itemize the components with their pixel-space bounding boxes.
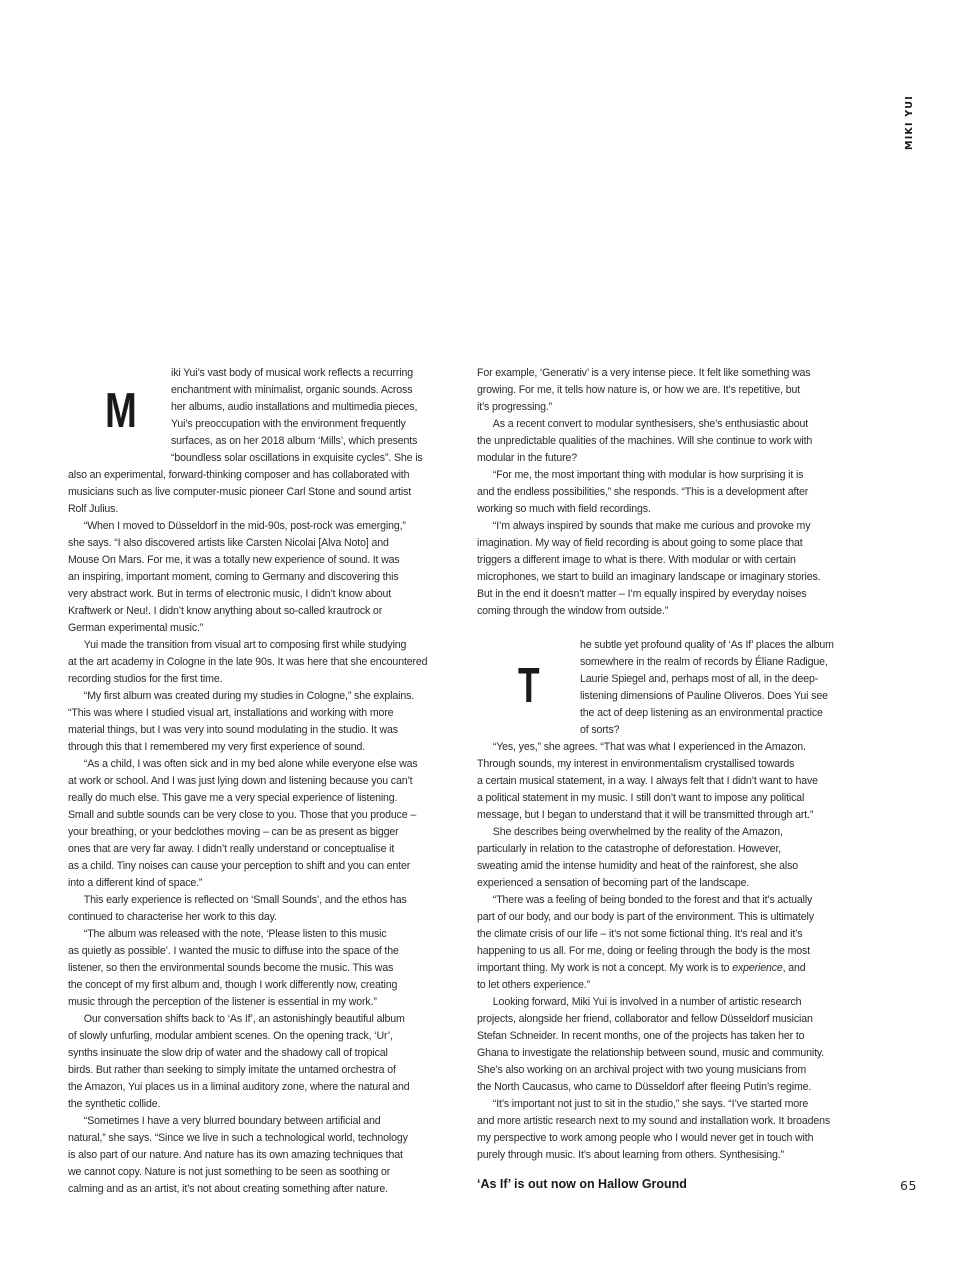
- drop-cap-letter: T: [518, 662, 539, 711]
- text-line: modular in the future?: [477, 450, 842, 467]
- text-line: somewhere in the realm of records by Éli…: [580, 654, 849, 671]
- text-line: listener, so then the environmental soun…: [68, 960, 433, 977]
- text-run: the synthetic collide.: [68, 1098, 160, 1110]
- text-line: “For me, the most important thing with m…: [477, 467, 842, 484]
- text-run: also an experimental, forward-thinking c…: [68, 469, 409, 481]
- text-run: Stefan Schneider. In recent months, one …: [477, 1030, 804, 1042]
- text-run: and more artistic research next to my so…: [477, 1115, 830, 1127]
- text-run: purely through music. It’s about learnin…: [477, 1149, 784, 1161]
- body-text-top: For example, ‘Generativ’ is a very inten…: [477, 365, 869, 620]
- drop-cap-lines: iki Yui’s vast body of musical work refl…: [171, 365, 460, 467]
- text-line: iki Yui’s vast body of musical work refl…: [171, 365, 440, 382]
- text-line: the North Caucasus, who came to Düsseldo…: [477, 1079, 842, 1096]
- text-run: “When I moved to Düsseldorf in the mid-9…: [84, 520, 406, 532]
- text-line: “boundless solar oscillations in exquisi…: [171, 450, 440, 467]
- text-run: the concept of my first album and, thoug…: [68, 979, 397, 991]
- text-run: music through the perception of the list…: [68, 996, 377, 1008]
- text-run: For example, ‘Generativ’ is a very inten…: [477, 367, 810, 379]
- text-run: very abstract work. But in terms of elec…: [68, 588, 391, 600]
- text-run: ones that are very far away. I didn’t re…: [68, 843, 394, 855]
- text-run: we cannot copy. Nature is not just somet…: [68, 1166, 390, 1178]
- text-line: recording studios for the first time.: [68, 671, 433, 688]
- text-run: happening to us all. For me, doing or fe…: [477, 945, 810, 957]
- text-run: German experimental music.”: [68, 622, 203, 634]
- text-line: “It’s important not just to sit in the s…: [477, 1096, 842, 1113]
- running-head: MIKI YUI: [898, 92, 920, 152]
- text-line: imagination. My way of field recording i…: [477, 535, 842, 552]
- text-line: working so much with field recordings.: [477, 501, 842, 518]
- text-run: projects, alongside her friend, collabor…: [477, 1013, 813, 1025]
- text-line: triggers a different image to what is th…: [477, 552, 842, 569]
- text-line: synths insinuate the slow drip of water …: [68, 1045, 433, 1062]
- text-line: at the art academy in Cologne in the lat…: [68, 654, 433, 671]
- text-line: German experimental music.”: [68, 620, 433, 637]
- text-line: important thing. My work is not a concep…: [477, 960, 842, 977]
- text-line: Mouse On Mars. For me, it was a totally …: [68, 552, 433, 569]
- text-line: her albums, audio installations and mult…: [171, 399, 440, 416]
- text-run: “I’m always inspired by sounds that make…: [493, 520, 811, 532]
- text-line: the synthetic collide.: [68, 1096, 433, 1113]
- text-line: the unpredictable qualities of the machi…: [477, 433, 842, 450]
- text-line: “Sometimes I have a very blurred boundar…: [68, 1113, 433, 1130]
- text-line: music through the perception of the list…: [68, 994, 433, 1011]
- text-line: For example, ‘Generativ’ is a very inten…: [477, 365, 842, 382]
- text-run: She describes being overwhelmed by the r…: [493, 826, 783, 838]
- text-line: Small and subtle sounds can be very clos…: [68, 807, 433, 824]
- text-line: “I’m always inspired by sounds that make…: [477, 518, 842, 535]
- text-run: the North Caucasus, who came to Düsseldo…: [477, 1081, 811, 1093]
- text-run: This early experience is reflected on ‘S…: [84, 894, 407, 906]
- text-line: Yui made the transition from visual art …: [68, 637, 433, 654]
- text-line: particularly in relation to the catastro…: [477, 841, 842, 858]
- text-line: Stefan Schneider. In recent months, one …: [477, 1028, 842, 1045]
- text-line: through this that I remembered my very f…: [68, 739, 433, 756]
- text-line: Yui’s preoccupation with the environment…: [171, 416, 440, 433]
- text-run: sweating amid the intense humidity and h…: [477, 860, 798, 872]
- text-run: “There was a feeling of being bonded to …: [493, 894, 812, 906]
- text-line: a political statement in my music. I sti…: [477, 790, 842, 807]
- text-line: This early experience is reflected on ‘S…: [68, 892, 433, 909]
- release-credit: ‘As If’ is out now on Hallow Ground: [477, 1177, 687, 1191]
- text-run: as quietly as possible’. I wanted the mu…: [68, 945, 399, 957]
- drop-cap-lines: he subtle yet profound quality of ‘As If…: [580, 637, 869, 739]
- text-run: Mouse On Mars. For me, it was a totally …: [68, 554, 400, 566]
- text-run: a certain musical statement, in a way. I…: [477, 775, 818, 787]
- text-run: “As a child, I was often sick and in my …: [84, 758, 418, 770]
- text-run: listener, so then the environmental soun…: [68, 962, 393, 974]
- text-line: of slowly unfurling, modular ambient sce…: [68, 1028, 433, 1045]
- text-run: growing. For me, it tells how nature is,…: [477, 384, 800, 396]
- text-line: into a different kind of space.”: [68, 875, 433, 892]
- text-line: as quietly as possible’. I wanted the mu…: [68, 943, 433, 960]
- text-line: message, but I began to understand that …: [477, 807, 842, 824]
- page-number: 65: [900, 1178, 917, 1193]
- text-run: of slowly unfurling, modular ambient sce…: [68, 1030, 393, 1042]
- text-run: your breathing, or your bedclothes movin…: [68, 826, 398, 838]
- text-line: Rolf Julius.: [68, 501, 433, 518]
- text-run: Looking forward, Miki Yui is involved in…: [493, 996, 802, 1008]
- text-line: very abstract work. But in terms of elec…: [68, 586, 433, 603]
- text-run: at the art academy in Cologne in the lat…: [68, 656, 427, 668]
- text-line: we cannot copy. Nature is not just somet…: [68, 1164, 433, 1181]
- text-run: Kraftwerk or Neu!. I didn’t know anythin…: [68, 605, 382, 617]
- text-line: as a child. Tiny noises can cause your p…: [68, 858, 433, 875]
- text-line: a certain musical statement, in a way. I…: [477, 773, 842, 790]
- text-run: Our conversation shifts back to ‘As If’,…: [84, 1013, 405, 1025]
- text-run: Yui made the transition from visual art …: [84, 639, 406, 651]
- text-run: musicians such as live computer-music pi…: [68, 486, 411, 498]
- text-run: Small and subtle sounds can be very clos…: [68, 809, 416, 821]
- text-line: part of our body, and our body is part o…: [477, 909, 842, 926]
- body-text: also an experimental, forward-thinking c…: [68, 467, 460, 1198]
- text-run: recording studios for the first time.: [68, 673, 222, 685]
- text-line: musicians such as live computer-music pi…: [68, 484, 433, 501]
- text-line: “As a child, I was often sick and in my …: [68, 756, 433, 773]
- text-run: really do much else. This gave me a very…: [68, 792, 397, 804]
- text-line: “Yes, yes,” she agrees. “That was what I…: [477, 739, 842, 756]
- text-run: she says. “I also discovered artists lik…: [68, 537, 389, 549]
- text-line: sweating amid the intense humidity and h…: [477, 858, 842, 875]
- text-line: As a recent convert to modular synthesis…: [477, 416, 842, 433]
- text-line: of sorts?: [580, 722, 849, 739]
- text-line: coming through the window from outside.”: [477, 603, 842, 620]
- text-line: Ghana to investigate the relationship be…: [477, 1045, 842, 1062]
- text-run: birds. But rather than seeking to simply…: [68, 1064, 396, 1076]
- text-line: “There was a feeling of being bonded to …: [477, 892, 842, 909]
- text-line: she says. “I also discovered artists lik…: [68, 535, 433, 552]
- text-run: Ghana to investigate the relationship be…: [477, 1047, 824, 1059]
- text-line: surfaces, as on her 2018 album ‘Mills’, …: [171, 433, 440, 450]
- text-line: material things, but I was very into sou…: [68, 722, 433, 739]
- running-head-text: MIKI YUI: [904, 95, 915, 150]
- text-run: Through sounds, my interest in environme…: [477, 758, 794, 770]
- drop-cap-letter: M: [105, 387, 137, 436]
- text-line: listening dimensions of Pauline Oliveros…: [580, 688, 849, 705]
- text-run: through this that I remembered my very f…: [68, 741, 365, 753]
- text-run: “Yes, yes,” she agrees. “That was what I…: [493, 741, 806, 753]
- text-run: a political statement in my music. I sti…: [477, 792, 804, 804]
- text-line: “The album was released with the note, ‘…: [68, 926, 433, 943]
- text-run: part of our body, and our body is part o…: [477, 911, 814, 923]
- text-run: “My first album was created during my st…: [84, 690, 414, 702]
- text-line: an inspiring, important moment, coming t…: [68, 569, 433, 586]
- text-line: enchantment with minimalist, organic sou…: [171, 382, 440, 399]
- text-line: also an experimental, forward-thinking c…: [68, 467, 433, 484]
- text-run: , and: [783, 962, 806, 974]
- text-run: calming and as an artist, it’s not about…: [68, 1183, 388, 1195]
- text-run: “The album was released with the note, ‘…: [84, 928, 387, 940]
- text-run: and the endless possibilities,” she resp…: [477, 486, 808, 498]
- text-run: at work or school. And I was just lying …: [68, 775, 412, 787]
- text-line: and more artistic research next to my so…: [477, 1113, 842, 1130]
- text-line: “When I moved to Düsseldorf in the mid-9…: [68, 518, 433, 535]
- text-run: coming through the window from outside.”: [477, 605, 668, 617]
- text-line: he subtle yet profound quality of ‘As If…: [580, 637, 849, 654]
- text-run: the unpredictable qualities of the machi…: [477, 435, 812, 447]
- text-line: projects, alongside her friend, collabor…: [477, 1011, 842, 1028]
- text-line: Laurie Spiegel and, perhaps most of all,…: [580, 671, 849, 688]
- text-run: microphones, we start to build an imagin…: [477, 571, 820, 583]
- text-line: the climate crisis of our life – it’s no…: [477, 926, 842, 943]
- text-run: working so much with field recordings.: [477, 503, 651, 515]
- text-line: Kraftwerk or Neu!. I didn’t know anythin…: [68, 603, 433, 620]
- text-run: material things, but I was very into sou…: [68, 724, 398, 736]
- text-line: Our conversation shifts back to ‘As If’,…: [68, 1011, 433, 1028]
- article-column-right: For example, ‘Generativ’ is a very inten…: [477, 365, 869, 1164]
- drop-cap-paragraph: T he subtle yet profound quality of ‘As …: [477, 637, 869, 739]
- text-line: growing. For me, it tells how nature is,…: [477, 382, 842, 399]
- body-text-bottom: “Yes, yes,” she agrees. “That was what I…: [477, 739, 869, 1164]
- text-run: into a different kind of space.”: [68, 877, 202, 889]
- text-line: at work or school. And I was just lying …: [68, 773, 433, 790]
- text-line: your breathing, or your bedclothes movin…: [68, 824, 433, 841]
- text-line: Looking forward, Miki Yui is involved in…: [477, 994, 842, 1011]
- text-run: modular in the future?: [477, 452, 577, 464]
- text-run: is also part of our nature. And nature h…: [68, 1149, 403, 1161]
- text-run: “Sometimes I have a very blurred boundar…: [84, 1115, 381, 1127]
- text-line: is also part of our nature. And nature h…: [68, 1147, 433, 1164]
- text-line: experienced a sensation of becoming part…: [477, 875, 842, 892]
- text-line: the concept of my first album and, thoug…: [68, 977, 433, 994]
- text-line: purely through music. It’s about learnin…: [477, 1147, 842, 1164]
- text-run: my perspective to work among people who …: [477, 1132, 813, 1144]
- text-line: the Amazon, Yui places us in a liminal a…: [68, 1079, 433, 1096]
- article-column-left: M iki Yui’s vast body of musical work re…: [68, 365, 460, 1198]
- text-run: “For me, the most important thing with m…: [493, 469, 804, 481]
- text-run: particularly in relation to the catastro…: [477, 843, 781, 855]
- text-run: natural,” she says. “Since we live in su…: [68, 1132, 408, 1144]
- text-run: She’s also working on an archival projec…: [477, 1064, 806, 1076]
- text-line: She’s also working on an archival projec…: [477, 1062, 842, 1079]
- text-line: She describes being overwhelmed by the r…: [477, 824, 842, 841]
- text-run: But in the end it doesn’t matter – I’m e…: [477, 588, 806, 600]
- text-line: happening to us all. For me, doing or fe…: [477, 943, 842, 960]
- text-line: to let others experience.”: [477, 977, 842, 994]
- section-spacer: [477, 620, 869, 637]
- text-run: “This was where I studied visual art, in…: [68, 707, 393, 719]
- text-line: my perspective to work among people who …: [477, 1130, 842, 1147]
- text-line: the act of deep listening as an environm…: [580, 705, 849, 722]
- text-line: and the endless possibilities,” she resp…: [477, 484, 842, 501]
- text-run: synths insinuate the slow drip of water …: [68, 1047, 388, 1059]
- text-run: Rolf Julius.: [68, 503, 118, 515]
- text-line: microphones, we start to build an imagin…: [477, 569, 842, 586]
- text-run: “It’s important not just to sit in the s…: [493, 1098, 808, 1110]
- text-run: to let others experience.”: [477, 979, 590, 991]
- text-run: the Amazon, Yui places us in a liminal a…: [68, 1081, 409, 1093]
- text-run: it’s progressing.”: [477, 401, 552, 413]
- text-line: ones that are very far away. I didn’t re…: [68, 841, 433, 858]
- text-line: “My first album was created during my st…: [68, 688, 433, 705]
- text-line: really do much else. This gave me a very…: [68, 790, 433, 807]
- text-line: Through sounds, my interest in environme…: [477, 756, 842, 773]
- text-line: natural,” she says. “Since we live in su…: [68, 1130, 433, 1147]
- text-run: experienced a sensation of becoming part…: [477, 877, 749, 889]
- text-line: calming and as an artist, it’s not about…: [68, 1181, 433, 1198]
- text-run: continued to characterise her work to th…: [68, 911, 277, 923]
- text-line: birds. But rather than seeking to simply…: [68, 1062, 433, 1079]
- text-line: it’s progressing.”: [477, 399, 842, 416]
- text-line: continued to characterise her work to th…: [68, 909, 433, 926]
- magazine-page: MIKI YUI M iki Yui’s vast body of musica…: [0, 0, 960, 1280]
- text-run: imagination. My way of field recording i…: [477, 537, 803, 549]
- text-run: as a child. Tiny noises can cause your p…: [68, 860, 410, 872]
- drop-cap-paragraph: M iki Yui’s vast body of musical work re…: [68, 365, 460, 467]
- text-run: As a recent convert to modular synthesis…: [493, 418, 808, 430]
- text-run: important thing. My work is not a concep…: [477, 962, 729, 974]
- text-run: the climate crisis of our life – it’s no…: [477, 928, 802, 940]
- text-run: triggers a different image to what is th…: [477, 554, 796, 566]
- text-line: “This was where I studied visual art, in…: [68, 705, 433, 722]
- text-line: But in the end it doesn’t matter – I’m e…: [477, 586, 842, 603]
- text-run: an inspiring, important moment, coming t…: [68, 571, 399, 583]
- emphasis-text: experience: [732, 962, 782, 974]
- text-run: message, but I began to understand that …: [477, 809, 813, 821]
